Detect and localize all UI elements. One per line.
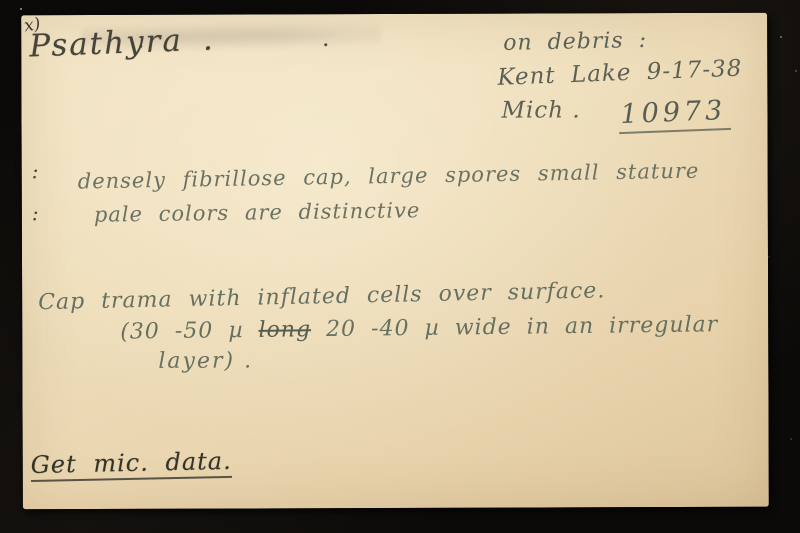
specimen-card: x) Psathyra . on debris : Kent Lake 9-17… (21, 13, 769, 510)
substrate-note: on debris : (503, 28, 647, 56)
ink-fleck (324, 43, 327, 46)
struck-word: long (258, 317, 311, 343)
state-label: Mich . (501, 97, 580, 123)
description-line-1: densely fibrillose cap, large spores sma… (78, 159, 700, 194)
dust-specks (20, 8, 22, 10)
micro-note-line-3: layer) . (158, 348, 253, 373)
description-line-2: pale colors are distinctive (94, 198, 421, 227)
state-and-number-row: Mich . 10973 (501, 97, 730, 133)
measurement-suffix: 20 -40 µ wide in an irregular (311, 312, 718, 342)
margin-mark: : (32, 167, 39, 176)
margin-mark: : (32, 209, 39, 218)
genus-heading: Psathyra . (29, 21, 216, 64)
measurement-prefix: (30 -50 µ (120, 318, 259, 345)
reminder-note: Get mic. data. (30, 447, 232, 482)
micro-note-measurements: (30 -50 µ long 20 -40 µ wide in an irreg… (120, 312, 718, 344)
location-date: Kent Lake 9-17-38 (497, 56, 743, 91)
micro-note-line-1: Cap trama with inflated cells over surfa… (38, 278, 606, 315)
collection-number: 10973 (618, 95, 731, 134)
